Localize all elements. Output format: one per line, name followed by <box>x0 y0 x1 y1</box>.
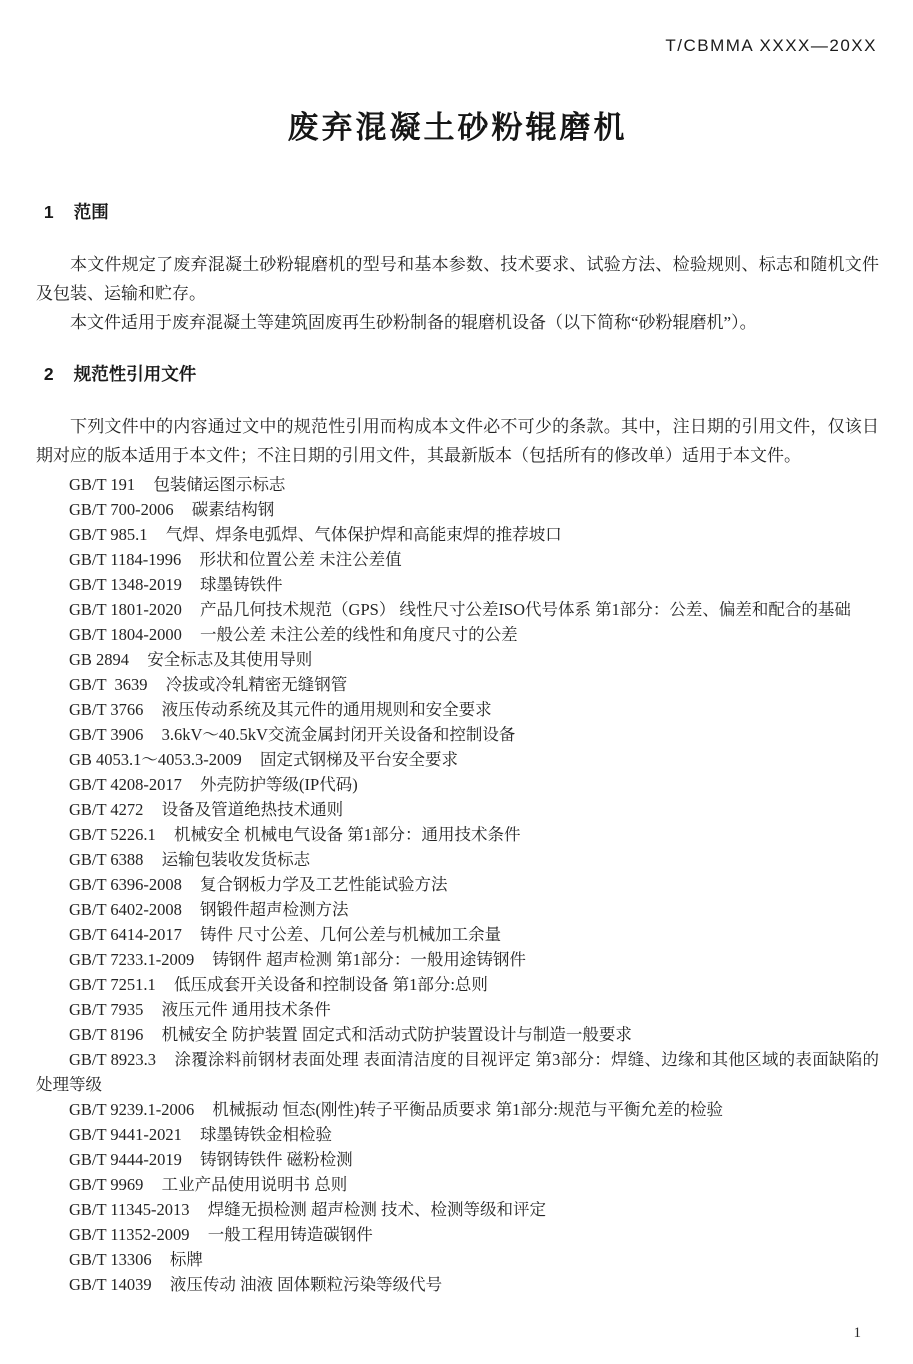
reference-title: 一般工程用铸造碳钢件 <box>208 1225 373 1244</box>
reference-code: GB/T 700-2006 <box>69 500 174 519</box>
reference-title: 形状和位置公差 未注公差值 <box>199 550 401 569</box>
reference-code: GB/T 4208-2017 <box>69 775 182 794</box>
reference-code: GB/T 6414-2017 <box>69 925 182 944</box>
reference-code: GB/T 7251.1 <box>69 975 156 994</box>
reference-item: GB/T 11352-2009一般工程用铸造碳钢件 <box>36 1222 879 1247</box>
reference-code: GB/T 6402-2008 <box>69 900 182 919</box>
reference-item: GB/T 985.1气焊、焊条电弧焊、气体保护焊和高能束焊的推荐坡口 <box>36 522 879 547</box>
reference-title: 包装储运图示标志 <box>153 475 285 494</box>
reference-code: GB/T 3766 <box>69 700 143 719</box>
reference-code: GB/T 5226.1 <box>69 825 156 844</box>
reference-code: GB/T 9969 <box>69 1175 143 1194</box>
reference-title: 安全标志及其使用导则 <box>147 650 312 669</box>
reference-item: GB/T 7251.1低压成套开关设备和控制设备 第1部分:总则 <box>36 972 879 997</box>
reference-item: GB/T 1804-2000一般公差 未注公差的线性和角度尺寸的公差 <box>36 622 879 647</box>
reference-title: 机械安全 机械电气设备 第1部分：通用技术条件 <box>174 825 521 844</box>
reference-item: GB/T 13306标牌 <box>36 1247 879 1272</box>
reference-code: GB 2894 <box>69 650 129 669</box>
reference-item: GB/T 1801-2020产品几何技术规范（GPS） 线性尺寸公差ISO代号体… <box>36 597 879 622</box>
reference-title: 标牌 <box>170 1250 203 1269</box>
reference-title: 液压传动系统及其元件的通用规则和安全要求 <box>162 700 492 719</box>
reference-item: GB/T 4208-2017外壳防护等级(IP代码) <box>36 772 879 797</box>
reference-item: GB/T 14039液压传动 油液 固体颗粒污染等级代号 <box>36 1272 879 1297</box>
reference-title: 气焊、焊条电弧焊、气体保护焊和高能束焊的推荐坡口 <box>166 525 562 544</box>
reference-title: 固定式钢梯及平台安全要求 <box>260 750 458 769</box>
reference-item: GB/T 9441-2021球墨铸铁金相检验 <box>36 1122 879 1147</box>
reference-code: GB/T 11352-2009 <box>69 1225 190 1244</box>
document-page: T/CBMMA XXXX—20XX 废弃混凝土砂粉辊磨机 1范围 本文件规定了废… <box>0 0 913 1364</box>
reference-item: GB/T 8196机械安全 防护装置 固定式和活动式防护装置设计与制造一般要求 <box>36 1022 879 1047</box>
reference-code: GB/T 4272 <box>69 800 143 819</box>
reference-item: GB/T 9239.1-2006机械振动 恒态(刚性)转子平衡品质要求 第1部分… <box>36 1097 879 1122</box>
reference-item: GB/T 9444-2019铸钢铸铁件 磁粉检测 <box>36 1147 879 1172</box>
reference-item: GB/T 8923.3涂覆涂料前钢材表面处理 表面清洁度的目视评定 第3部分：焊… <box>36 1047 879 1097</box>
references-intro-paragraph: 下列文件中的内容通过文中的规范性引用而构成本文件必不可少的条款。其中，注日期的引… <box>36 412 879 470</box>
section-1-heading: 1范围 <box>36 199 879 224</box>
reference-item: GB/T 191包装储运图示标志 <box>36 472 879 497</box>
reference-title: 机械振动 恒态(刚性)转子平衡品质要求 第1部分:规范与平衡允差的检验 <box>212 1100 723 1119</box>
reference-item: GB/T 3639冷拔或冷轧精密无缝钢管 <box>36 672 879 697</box>
reference-item: GB/T 6388运输包装收发货标志 <box>36 847 879 872</box>
reference-item: GB/T 700-2006碳素结构钢 <box>36 497 879 522</box>
section-scope: 1范围 本文件规定了废弃混凝土砂粉辊磨机的型号和基本参数、技术要求、试验方法、检… <box>36 199 879 337</box>
reference-title: 冷拔或冷轧精密无缝钢管 <box>166 675 348 694</box>
reference-item: GB/T 1184-1996形状和位置公差 未注公差值 <box>36 547 879 572</box>
reference-code: GB/T 3639 <box>69 675 148 694</box>
section-normative-references: 2规范性引用文件 下列文件中的内容通过文中的规范性引用而构成本文件必不可少的条款… <box>36 361 879 1297</box>
reference-item: GB/T 4272设备及管道绝热技术通则 <box>36 797 879 822</box>
reference-code: GB 4053.1～4053.3-2009 <box>69 750 242 769</box>
reference-code: GB/T 11345-2013 <box>69 1200 190 1219</box>
document-title: 废弃混凝土砂粉辊磨机 <box>36 102 879 147</box>
reference-title: 产品几何技术规范（GPS） 线性尺寸公差ISO代号体系 第1部分：公差、偏差和配… <box>200 600 851 619</box>
reference-item: GB/T 9969工业产品使用说明书 总则 <box>36 1172 879 1197</box>
reference-code: GB/T 1184-1996 <box>69 550 181 569</box>
reference-item: GB 4053.1～4053.3-2009固定式钢梯及平台安全要求 <box>36 747 879 772</box>
reference-code: GB/T 9239.1-2006 <box>69 1100 194 1119</box>
reference-item: GB/T 3766液压传动系统及其元件的通用规则和安全要求 <box>36 697 879 722</box>
reference-item: GB/T 7233.1-2009铸钢件 超声检测 第1部分：一般用途铸钢件 <box>36 947 879 972</box>
reference-title: 液压传动 油液 固体颗粒污染等级代号 <box>170 1275 442 1294</box>
reference-code: GB/T 1348-2019 <box>69 575 182 594</box>
reference-title: 球墨铸铁金相检验 <box>200 1125 332 1144</box>
references-list: GB/T 191包装储运图示标志 GB/T 700-2006碳素结构钢 GB/T… <box>36 472 879 1297</box>
reference-item: GB/T 39063.6kV～40.5kV交流金属封闭开关设备和控制设备 <box>36 722 879 747</box>
section-1-title: 范围 <box>74 202 109 222</box>
reference-code: GB/T 8923.3 <box>69 1050 156 1069</box>
reference-item: GB/T 11345-2013焊缝无损检测 超声检测 技术、检测等级和评定 <box>36 1197 879 1222</box>
section-2-number: 2 <box>44 364 54 385</box>
reference-code: GB/T 191 <box>69 475 135 494</box>
reference-title: 低压成套开关设备和控制设备 第1部分:总则 <box>174 975 488 994</box>
reference-title: 铸件 尺寸公差、几何公差与机械加工余量 <box>200 925 501 944</box>
reference-title: 外壳防护等级(IP代码) <box>200 775 358 794</box>
reference-code: GB/T 9441-2021 <box>69 1125 182 1144</box>
reference-item: GB/T 5226.1机械安全 机械电气设备 第1部分：通用技术条件 <box>36 822 879 847</box>
reference-code: GB/T 1804-2000 <box>69 625 182 644</box>
reference-code: GB/T 7935 <box>69 1000 143 1019</box>
reference-title: 工业产品使用说明书 总则 <box>162 1175 348 1194</box>
reference-code: GB/T 8196 <box>69 1025 143 1044</box>
reference-title: 运输包装收发货标志 <box>162 850 311 869</box>
reference-code: GB/T 6388 <box>69 850 143 869</box>
reference-item: GB 2894安全标志及其使用导则 <box>36 647 879 672</box>
scope-paragraph-2: 本文件适用于废弃混凝土等建筑固废再生砂粉制备的辊磨机设备（以下简称“砂粉辊磨机”… <box>36 308 879 337</box>
reference-item: GB/T 6414-2017铸件 尺寸公差、几何公差与机械加工余量 <box>36 922 879 947</box>
reference-title: 铸钢铸铁件 磁粉检测 <box>200 1150 353 1169</box>
section-2-heading: 2规范性引用文件 <box>36 361 879 386</box>
reference-item: GB/T 1348-2019球墨铸铁件 <box>36 572 879 597</box>
reference-code: GB/T 7233.1-2009 <box>69 950 194 969</box>
reference-code: GB/T 9444-2019 <box>69 1150 182 1169</box>
reference-item: GB/T 6402-2008钢锻件超声检测方法 <box>36 897 879 922</box>
reference-code: GB/T 13306 <box>69 1250 152 1269</box>
reference-title: 复合钢板力学及工艺性能试验方法 <box>200 875 448 894</box>
reference-code: GB/T 985.1 <box>69 525 148 544</box>
reference-code: GB/T 14039 <box>69 1275 152 1294</box>
section-1-number: 1 <box>44 202 54 223</box>
reference-title: 球墨铸铁件 <box>200 575 283 594</box>
reference-title: 碳素结构钢 <box>192 500 275 519</box>
reference-item: GB/T 6396-2008复合钢板力学及工艺性能试验方法 <box>36 872 879 897</box>
reference-title: 设备及管道绝热技术通则 <box>162 800 344 819</box>
reference-title: 焊缝无损检测 超声检测 技术、检测等级和评定 <box>208 1200 546 1219</box>
reference-title: 液压元件 通用技术条件 <box>162 1000 331 1019</box>
doc-code: T/CBMMA XXXX—20XX <box>36 36 879 56</box>
scope-paragraph-1: 本文件规定了废弃混凝土砂粉辊磨机的型号和基本参数、技术要求、试验方法、检验规则、… <box>36 250 879 308</box>
reference-title: 涂覆涂料前钢材表面处理 表面清洁度的目视评定 第3部分：焊缝、边缘和其他区域的表… <box>36 1050 879 1094</box>
section-2-title: 规范性引用文件 <box>74 364 197 384</box>
reference-title: 3.6kV～40.5kV交流金属封闭开关设备和控制设备 <box>162 725 516 744</box>
reference-title: 钢锻件超声检测方法 <box>200 900 349 919</box>
page-number: 1 <box>854 1325 862 1342</box>
reference-item: GB/T 7935液压元件 通用技术条件 <box>36 997 879 1022</box>
reference-code: GB/T 6396-2008 <box>69 875 182 894</box>
reference-title: 铸钢件 超声检测 第1部分：一般用途铸钢件 <box>212 950 526 969</box>
reference-title: 一般公差 未注公差的线性和角度尺寸的公差 <box>200 625 518 644</box>
reference-title: 机械安全 防护装置 固定式和活动式防护装置设计与制造一般要求 <box>162 1025 632 1044</box>
reference-code: GB/T 1801-2020 <box>69 600 182 619</box>
reference-code: GB/T 3906 <box>69 725 143 744</box>
